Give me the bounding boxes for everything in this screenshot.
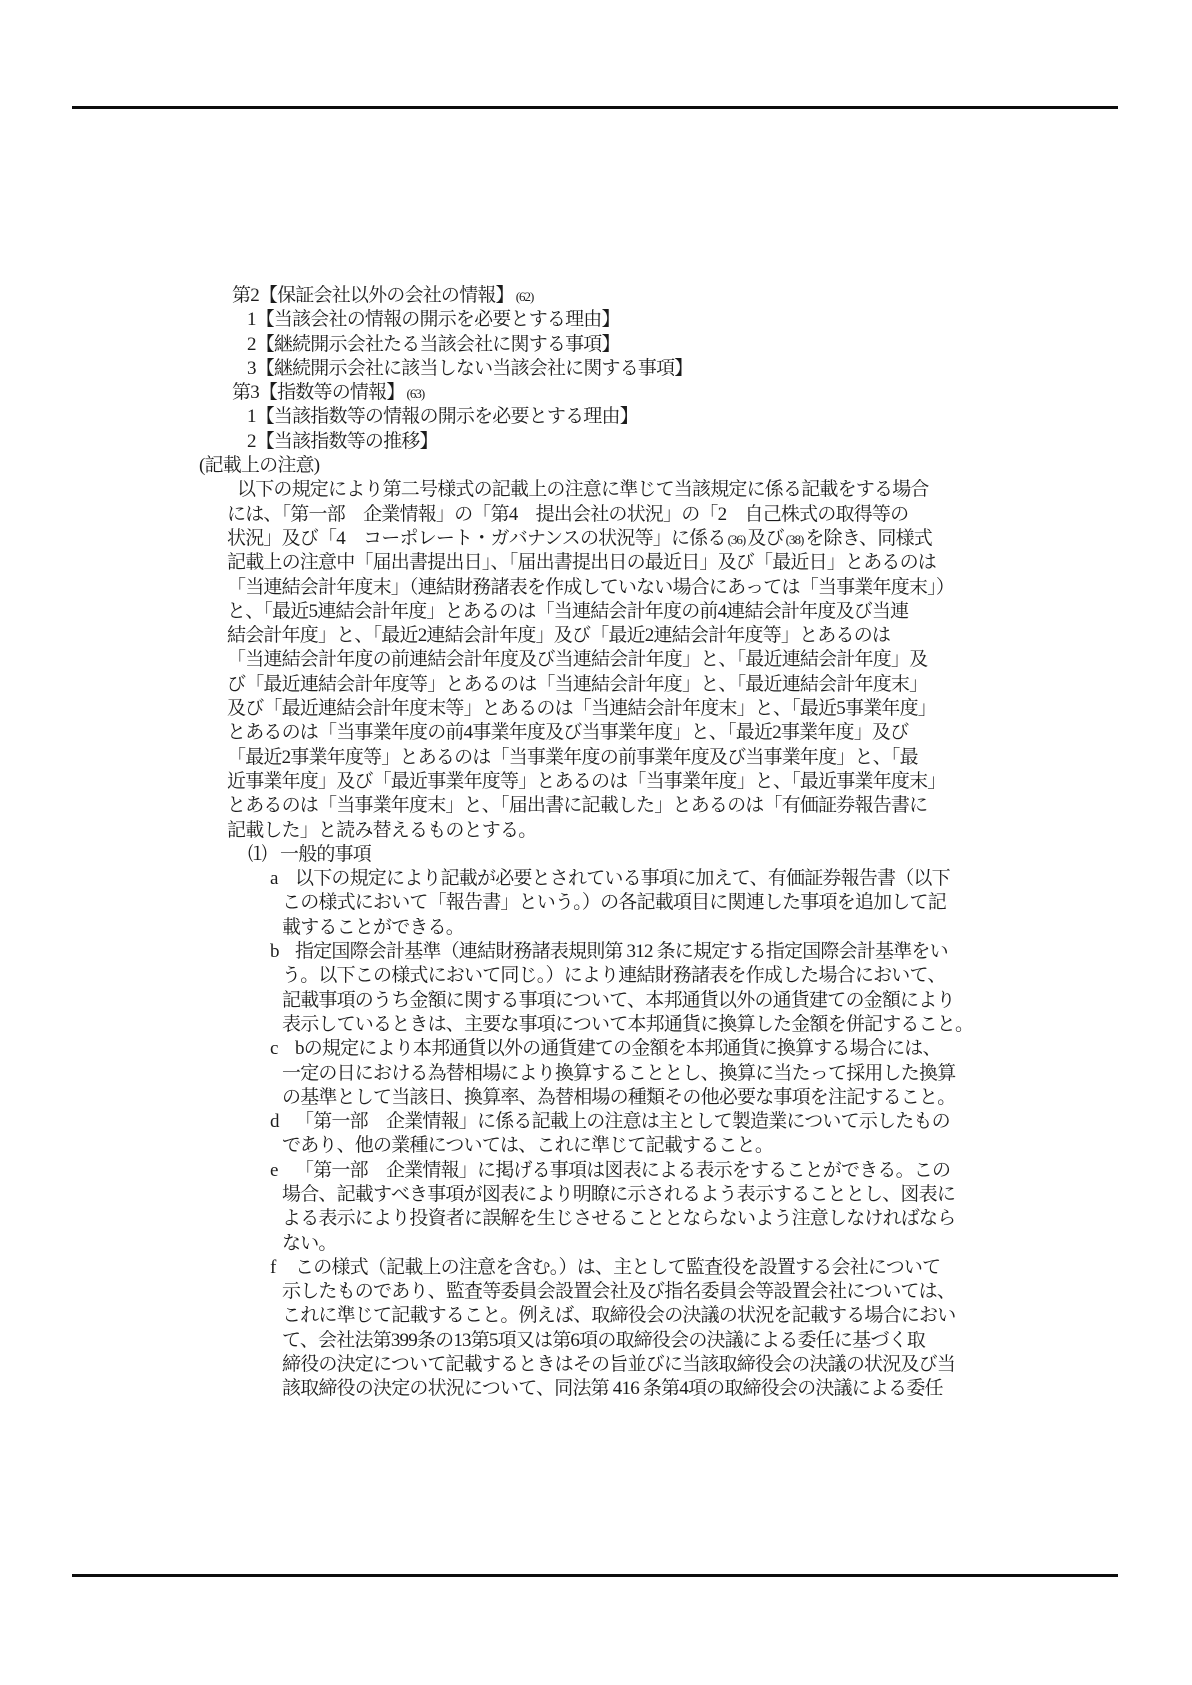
text-segment: 示したものであり、監査等委員会設置会社及び指名委員会等設置会社については、 (282, 1281, 955, 1302)
text-segment: この様式（記載上の注意を含む。）は、主として監査役を設置する会社について (295, 1257, 940, 1278)
text-segment: 近事業年度」及び「最近事業年度等」とあるのは「当事業年度」と、「最近事業年度末」 (227, 771, 946, 792)
text-line: fこの様式（記載上の注意を含む。）は、主として監査役を設置する会社について (0, 1256, 1192, 1280)
text-line: 2【当該指数等の推移】 (0, 430, 1192, 454)
text-segment: と、「最近5連結会計年度」とあるのは「当連結会計年度の前4連結会計年度及び当連 (227, 601, 908, 622)
note-number: (63) (407, 386, 425, 401)
text-segment: 1【当該会社の情報の開示を必要とする理由】 (247, 309, 620, 330)
text-segment: 「当連結会計年度末」（連結財務諸表を作成していない場合にあっては「当事業年度末」… (227, 577, 954, 598)
text-line: 「最近2事業年度等」とあるのは「当事業年度の前事業年度及び当事業年度」と、「最 (0, 746, 1192, 770)
text-line: e「第一部 企業情報」に掲げる事項は図表による表示をすることができる。この (0, 1159, 1192, 1183)
text-segment: これに準じて記載すること。例えば、取締役会の決議の状況を記載する場合におい (282, 1305, 955, 1326)
text-segment: 記載事項のうち金額に関する事項について、本邦通貨以外の通貨建ての金額により (282, 990, 955, 1011)
text-line: 第3【指数等の情報】(63) (0, 381, 1192, 405)
text-segment: 載することができる。 (282, 917, 464, 938)
text-segment: 場合、記載すべき事項が図表により明瞭に示されるよう表示することとし、図表に (282, 1184, 955, 1205)
text-line: 結会計年度」と、「最近2連結会計年度」及び「最近2連結会計年度等」とあるのは (0, 624, 1192, 648)
text-line: 「当連結会計年度の前連結会計年度及び当連結会計年度」と、「最近連結会計年度」及 (0, 648, 1192, 672)
text-segment: bの規定により本邦通貨以外の通貨建ての金額を本邦通貨に換算する場合には、 (295, 1038, 941, 1059)
bottom-horizontal-rule (72, 1574, 1118, 1577)
item-label: a (270, 867, 295, 891)
text-line: 近事業年度」及び「最近事業年度等」とあるのは「当事業年度」と、「最近事業年度末」 (0, 770, 1192, 794)
text-segment: 3【継続開示会社に該当しない当該会社に関する事項】 (247, 358, 693, 379)
text-line: には、「第一部 企業情報」の「第4 提出会社の状況」の「2 自己株式の取得等の (0, 503, 1192, 527)
text-segment: とあるのは「当事業年度の前4事業年度及び当事業年度」と、「最近2事業年度」及び (227, 722, 908, 743)
text-line: b指定国際会計基準（連結財務諸表規則第 312 条に規定する指定国際会計基準をい (0, 940, 1192, 964)
text-segment: 以下の規定により記載が必要とされている事項に加えて、有価証券報告書（以下 (295, 868, 950, 889)
item-label: b (270, 940, 295, 964)
text-segment: 2【当該指数等の推移】 (247, 431, 438, 452)
text-segment: 「当連結会計年度の前連結会計年度及び当連結会計年度」と、「最近連結会計年度」及 (227, 649, 927, 670)
text-line: 示したものであり、監査等委員会設置会社及び指名委員会等設置会社については、 (0, 1280, 1192, 1304)
text-segment: この様式において「報告書」という。）の各記載項目に関連した事項を追加して記 (282, 892, 946, 913)
text-line: 1【当該会社の情報の開示を必要とする理由】 (0, 308, 1192, 332)
text-segment: 一定の日における為替相場により換算することとし、換算に当たって採用した換算 (282, 1063, 955, 1084)
text-line: a以下の規定により記載が必要とされている事項に加えて、有価証券報告書（以下 (0, 867, 1192, 891)
text-line: 及び「最近連結会計年度末等」とあるのは「当連結会計年度末」と、「最近5事業年度」 (0, 697, 1192, 721)
text-segment: 1【当該指数等の情報の開示を必要とする理由】 (247, 406, 638, 427)
item-label: d (270, 1110, 295, 1134)
text-line: よる表示により投資者に誤解を生じさせることとならないよう注意しなければなら (0, 1207, 1192, 1231)
text-segment: とあるのは「当事業年度末」と、「届出書に記載した」とあるのは「有価証券報告書に (227, 795, 927, 816)
text-segment: を除き、同様式 (805, 528, 932, 549)
text-line: 「当連結会計年度末」（連結財務諸表を作成していない場合にあっては「当事業年度末」… (0, 576, 1192, 600)
document-text-block: 第2【保証会社以外の会社の情報】(62)1【当該会社の情報の開示を必要とする理由… (0, 284, 1192, 1402)
text-segment: 及び「最近連結会計年度末等」とあるのは「当連結会計年度末」と、「最近5事業年度」 (227, 698, 936, 719)
text-segment: 第2【保証会社以外の会社の情報】 (232, 285, 514, 306)
text-line: ⑴一般的事項 (0, 843, 1192, 867)
text-line: ない。 (0, 1232, 1192, 1256)
text-line: 2【継続開示会社たる当該会社に関する事項】 (0, 333, 1192, 357)
text-segment: 表示しているときは、主要な事項について本邦通貨に換算した金額を併記すること。 (282, 1014, 973, 1035)
text-line: d「第一部 企業情報」に係る記載上の注意は主として製造業について示したもの (0, 1110, 1192, 1134)
text-segment: の基準として当該日、換算率、為替相場の種類その他必要な事項を注記すること。 (282, 1087, 955, 1108)
text-segment: であり、他の業種については、これに準じて記載すること。 (282, 1135, 773, 1156)
text-line: の基準として当該日、換算率、為替相場の種類その他必要な事項を注記すること。 (0, 1086, 1192, 1110)
item-label: e (270, 1159, 295, 1183)
text-line: 記載事項のうち金額に関する事項について、本邦通貨以外の通貨建ての金額により (0, 989, 1192, 1013)
text-line: 第2【保証会社以外の会社の情報】(62) (0, 284, 1192, 308)
text-segment: 「最近2事業年度等」とあるのは「当事業年度の前事業年度及び当事業年度」と、「最 (227, 747, 918, 768)
text-line: であり、他の業種については、これに準じて記載すること。 (0, 1134, 1192, 1158)
text-line: て、会社法第399条の13第5項又は第6項の取締役会の決議による委任に基づく取 (0, 1329, 1192, 1353)
text-line: 載することができる。 (0, 916, 1192, 940)
text-segment: 及び (747, 528, 783, 549)
text-segment: て、会社法第399条の13第5項又は第6項の取締役会の決議による委任に基づく取 (282, 1330, 925, 1351)
text-line: とあるのは「当事業年度末」と、「届出書に記載した」とあるのは「有価証券報告書に (0, 794, 1192, 818)
text-segment: 締役の決定について記載するときはその旨並びに当該取締役会の決議の状況及び当 (282, 1354, 955, 1375)
text-line: 記載上の注意中「届出書提出日」、「届出書提出日の最近日」及び「最近日」とあるのは (0, 551, 1192, 575)
text-segment: (記載上の注意) (199, 455, 319, 476)
text-line: 記載した」と読み替えるものとする。 (0, 819, 1192, 843)
text-line: cbの規定により本邦通貨以外の通貨建ての金額を本邦通貨に換算する場合には、 (0, 1037, 1192, 1061)
text-line: 場合、記載すべき事項が図表により明瞭に示されるよう表示することとし、図表に (0, 1183, 1192, 1207)
note-number: (38) (786, 532, 804, 547)
text-segment: う。以下この様式において同じ。）により連結財務諸表を作成した場合において、 (282, 965, 946, 986)
text-segment: 第3【指数等の情報】 (232, 382, 405, 403)
document-page: 第2【保証会社以外の会社の情報】(62)1【当該会社の情報の開示を必要とする理由… (0, 0, 1192, 1685)
text-line: とあるのは「当事業年度の前4事業年度及び当事業年度」と、「最近2事業年度」及び (0, 721, 1192, 745)
text-segment: には、「第一部 企業情報」の「第4 提出会社の状況」の「2 自己株式の取得等の (227, 504, 908, 525)
text-line: び「最近連結会計年度等」とあるのは「当連結会計年度」と、「最近連結会計年度末」 (0, 673, 1192, 697)
text-segment: 状況」及び「4 コーポレート・ガバナンスの状況等」に係る (227, 528, 726, 549)
text-line: 1【当該指数等の情報の開示を必要とする理由】 (0, 405, 1192, 429)
text-line: 一定の日における為替相場により換算することとし、換算に当たって採用した換算 (0, 1062, 1192, 1086)
item-label: c (270, 1037, 295, 1061)
text-line: (記載上の注意) (0, 454, 1192, 478)
text-segment: よる表示により投資者に誤解を生じさせることとならないよう注意しなければなら (282, 1208, 955, 1229)
text-segment: 一般的事項 (280, 844, 371, 865)
note-number: (36) (728, 532, 746, 547)
text-line: 状況」及び「4 コーポレート・ガバナンスの状況等」に係る(36)及び(38)を除… (0, 527, 1192, 551)
text-segment: 記載した」と読み替えるものとする。 (227, 820, 536, 841)
item-label: ⑴ (248, 843, 280, 867)
note-number: (62) (516, 289, 534, 304)
text-line: この様式において「報告書」という。）の各記載項目に関連した事項を追加して記 (0, 891, 1192, 915)
item-label: f (270, 1256, 295, 1280)
text-line: う。以下この様式において同じ。）により連結財務諸表を作成した場合において、 (0, 964, 1192, 988)
text-segment: び「最近連結会計年度等」とあるのは「当連結会計年度」と、「最近連結会計年度末」 (227, 674, 927, 695)
text-line: 3【継続開示会社に該当しない当該会社に関する事項】 (0, 357, 1192, 381)
text-line: 以下の規定により第二号様式の記載上の注意に準じて当該規定に係る記載をする場合 (0, 478, 1192, 502)
text-segment: 2【継続開示会社たる当該会社に関する事項】 (247, 334, 620, 355)
text-segment: ない。 (282, 1233, 337, 1254)
text-line: これに準じて記載すること。例えば、取締役会の決議の状況を記載する場合におい (0, 1304, 1192, 1328)
text-segment: 以下の規定により第二号様式の記載上の注意に準じて当該規定に係る記載をする場合 (237, 479, 929, 500)
text-segment: 結会計年度」と、「最近2連結会計年度」及び「最近2連結会計年度等」とあるのは (227, 625, 890, 646)
text-line: と、「最近5連結会計年度」とあるのは「当連結会計年度の前4連結会計年度及び当連 (0, 600, 1192, 624)
text-segment: 該取締役の決定の状況について、同法第 416 条第4項の取締役会の決議による委任 (282, 1378, 943, 1399)
text-line: 締役の決定について記載するときはその旨並びに当該取締役会の決議の状況及び当 (0, 1353, 1192, 1377)
text-segment: 指定国際会計基準（連結財務諸表規則第 312 条に規定する指定国際会計基準をい (295, 941, 948, 962)
text-line: 表示しているときは、主要な事項について本邦通貨に換算した金額を併記すること。 (0, 1013, 1192, 1037)
text-segment: 「第一部 企業情報」に掲げる事項は図表による表示をすることができる。この (295, 1160, 950, 1181)
text-segment: 記載上の注意中「届出書提出日」、「届出書提出日の最近日」及び「最近日」とあるのは (227, 552, 936, 573)
text-segment: 「第一部 企業情報」に係る記載上の注意は主として製造業について示したもの (295, 1111, 950, 1132)
text-line: 該取締役の決定の状況について、同法第 416 条第4項の取締役会の決議による委任 (0, 1377, 1192, 1401)
top-horizontal-rule (72, 106, 1118, 109)
